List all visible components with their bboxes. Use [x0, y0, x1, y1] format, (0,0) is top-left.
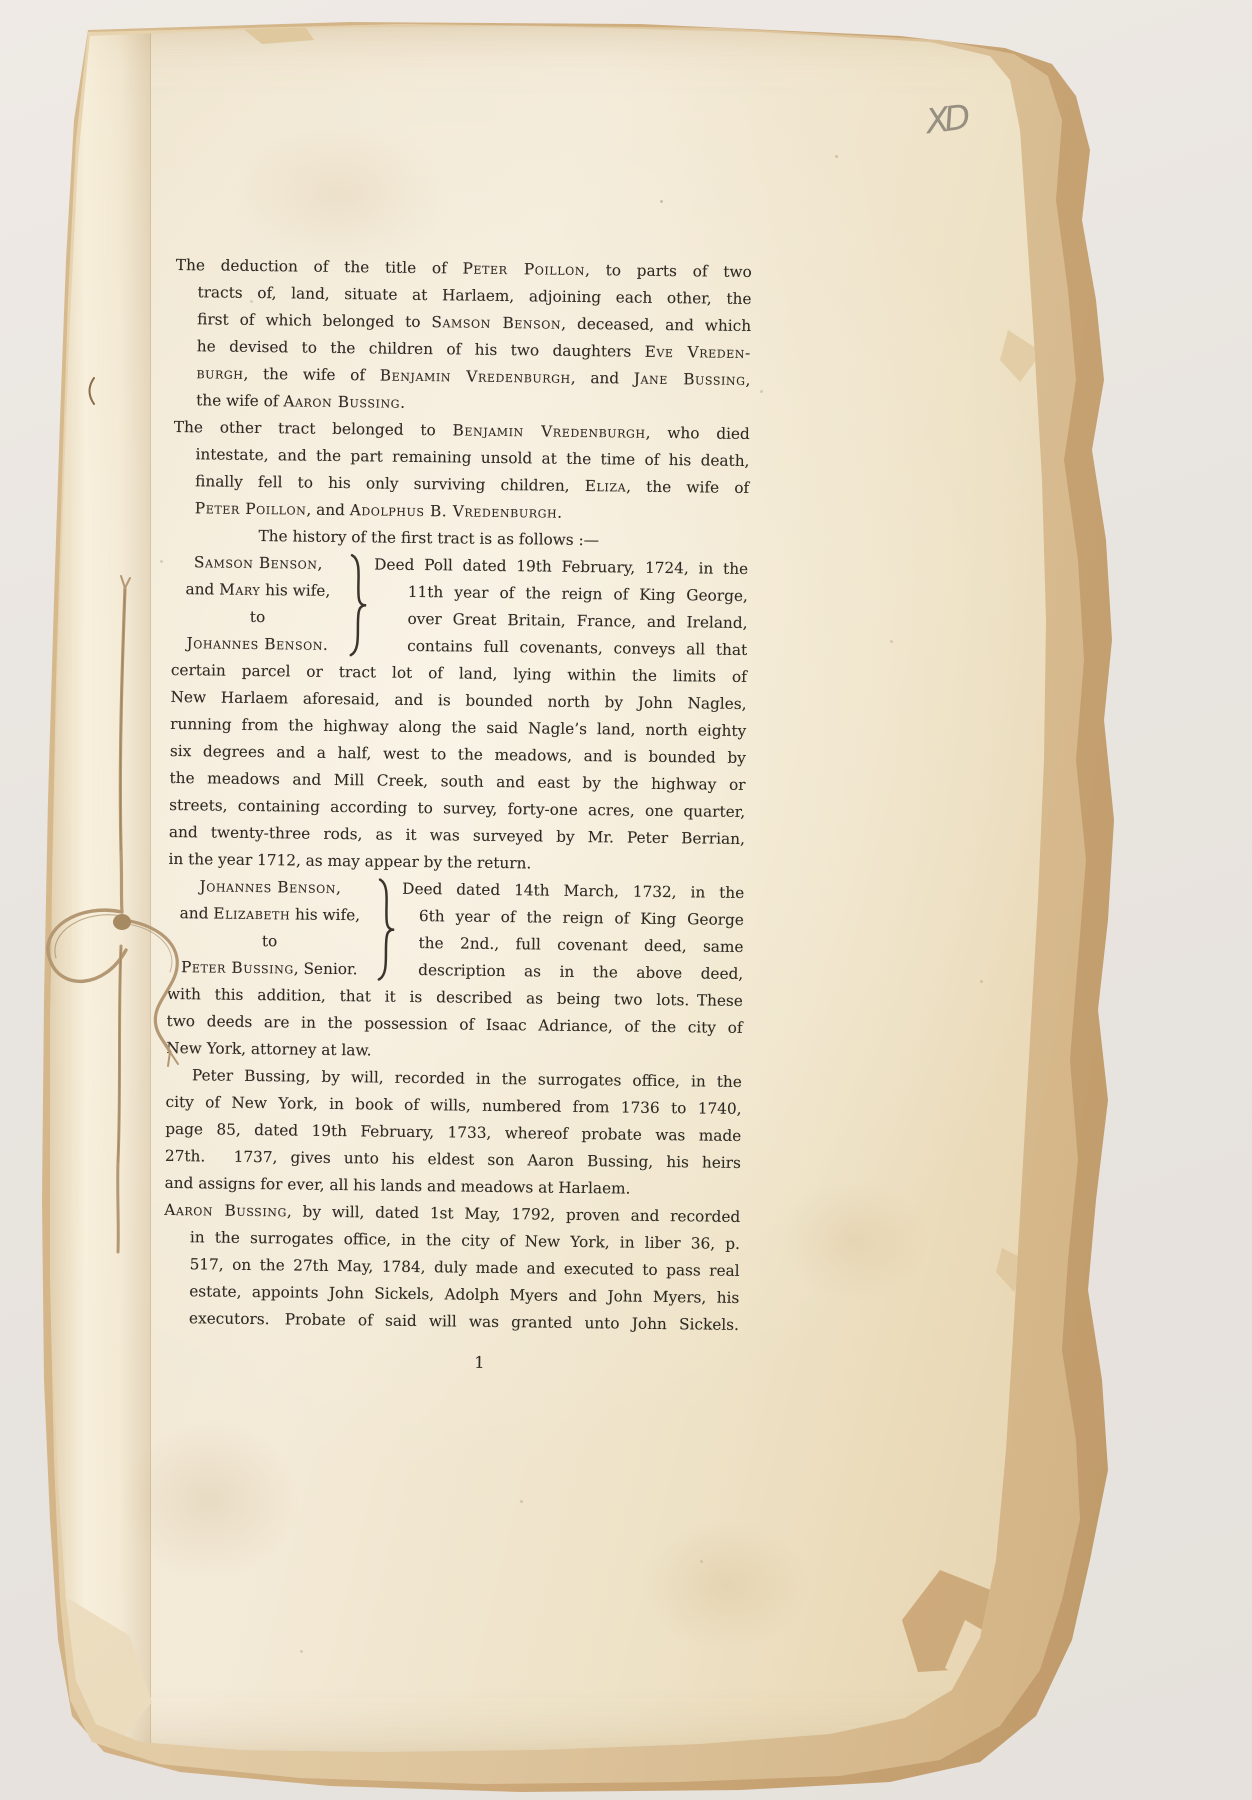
text-line: Johannes Benson,	[168, 873, 372, 902]
text-segment: burgh	[196, 364, 243, 383]
paper-stain	[780, 1180, 930, 1300]
page-number: 1	[162, 1345, 738, 1379]
text-segment: .	[400, 394, 405, 412]
text-line: executors. Probate of said will was gran…	[163, 1305, 739, 1339]
text-segment: , by will, dated 1st May, 1792, proven a…	[287, 1202, 741, 1226]
text-segment: Jane Bussing	[634, 370, 746, 389]
text-segment: Aaron Bussing	[283, 392, 400, 411]
text-line: description as in the above deed,	[401, 957, 743, 988]
text-segment: his wife,	[290, 905, 360, 924]
text-line: Johannes Benson.	[171, 630, 343, 659]
text-segment: and	[185, 580, 219, 598]
text-segment: Johannes Benson	[199, 877, 336, 897]
text-line: 6th year of the reign of King George	[402, 903, 744, 934]
text-segment: ,	[336, 879, 341, 897]
deed-abstract-block: Samson Benson,and Mary his wife,toJohann…	[171, 549, 748, 664]
text-segment: first of which belonged to	[197, 310, 432, 331]
paper-stain	[640, 1520, 810, 1650]
text-line: to	[167, 927, 371, 956]
text-segment: Peter Poillon	[462, 260, 585, 279]
document-text: The deduction of the title of Peter Poil…	[162, 252, 752, 1379]
text-segment: , who died	[646, 424, 750, 443]
brace-icon	[347, 553, 370, 657]
paragraph: with this addition, that it is described…	[166, 981, 743, 1069]
paragraph: Aaron Bussing, by will, dated 1st May, 1…	[163, 1197, 741, 1339]
deed-parties: Johannes Benson,and Elizabeth his wife,t…	[167, 873, 372, 983]
curly-brace-icon	[371, 875, 402, 983]
paper-stain	[120, 1420, 300, 1580]
text-segment: Elizabeth	[213, 905, 290, 924]
text-segment: Benjamin Vredenburgh	[452, 421, 645, 441]
text-segment: , the wife of	[243, 365, 379, 385]
paper-stain	[230, 120, 450, 270]
paragraph: The other tract belonged to Benjamin Vre…	[173, 414, 750, 529]
text-segment: and	[180, 904, 214, 922]
text-segment: Peter Poillon	[195, 499, 307, 518]
text-segment: , deceased, and which	[561, 315, 751, 335]
text-blocks: The deduction of the title of Peter Poil…	[163, 252, 752, 1339]
text-segment: Eliza	[585, 477, 627, 496]
deed-abstract-block: Johannes Benson,and Elizabeth his wife,t…	[167, 873, 744, 988]
foxing-specks	[660, 200, 663, 203]
text-segment: Aaron Bussing	[164, 1201, 287, 1220]
text-segment: Adolphus B. Vredenburgh	[350, 501, 558, 522]
photo-background: XD The deduction of the title of Peter P…	[0, 0, 1252, 1800]
paragraph: The deduction of the title of Peter Poil…	[174, 252, 752, 421]
text-segment: Mary	[219, 581, 260, 600]
deed-description: Deed dated 14th March, 1732, in the6th y…	[401, 876, 744, 988]
text-segment: , and	[571, 369, 634, 388]
text-segment: , and	[306, 501, 350, 520]
brace-icon	[375, 877, 398, 981]
text-line: and Elizabeth his wife,	[168, 900, 372, 929]
text-line: Deed dated 14th March, 1732, in the	[402, 876, 744, 907]
text-segment: the wife of	[196, 391, 283, 410]
text-segment: ,	[317, 555, 322, 573]
text-segment: Johannes Benson	[186, 634, 323, 654]
text-segment: he devised to the children of his two da…	[197, 337, 645, 360]
text-segment: , the wife of	[626, 478, 749, 498]
text-segment: Samson Benson	[194, 553, 318, 573]
deed-parties: Samson Benson,and Mary his wife,toJohann…	[171, 549, 344, 659]
text-line: Peter Bussing, Senior.	[167, 954, 371, 983]
text-segment: .	[557, 504, 562, 522]
text-line: Samson Benson,	[172, 549, 344, 578]
text-segment: ,	[745, 371, 750, 389]
text-segment: Samson Benson	[431, 313, 561, 333]
paragraph: certain parcel or tract lot of land, lyi…	[168, 657, 747, 880]
text-line: to	[171, 603, 343, 632]
deed-description: Deed Poll dated 19th February, 1724, in …	[373, 551, 748, 664]
text-segment: .	[323, 636, 328, 654]
text-segment: The deduction of the title of	[176, 256, 463, 278]
text-segment: , Senior.	[294, 959, 358, 978]
text-line: and Mary his wife,	[172, 576, 344, 605]
text-segment: , to parts of two	[585, 261, 752, 281]
text-segment: Benjamin Vredenburgh	[380, 366, 571, 386]
text-segment: The other tract belonged to	[174, 418, 453, 439]
curly-brace-icon	[343, 551, 374, 659]
paragraph: Peter Bussing, by will, recorded in the …	[164, 1062, 742, 1204]
text-segment: Eve Vreden-	[645, 343, 751, 362]
text-segment: Peter Bussing	[181, 958, 294, 977]
text-line: the 2nd., full covenant deed, same	[401, 930, 743, 961]
text-segment: finally fell to his only surviving child…	[195, 472, 585, 495]
text-segment: his wife,	[260, 581, 330, 600]
pencil-annotation: XD	[924, 98, 968, 143]
